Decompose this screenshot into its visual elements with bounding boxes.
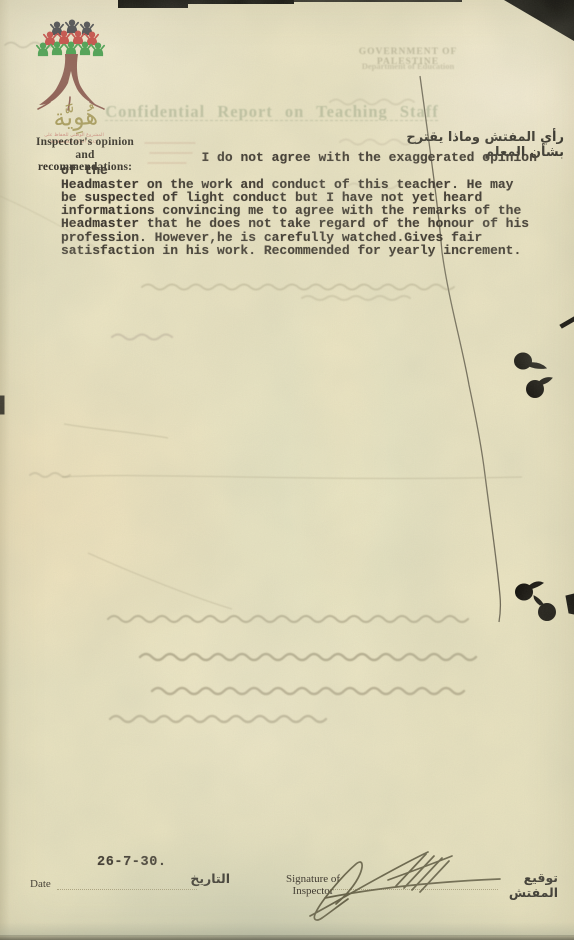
scanned-document-page: GOVERNMENT OF PALESTINE Department of Ed… bbox=[0, 0, 574, 940]
date-label: Date bbox=[30, 878, 51, 890]
scan-artifact-top-strip bbox=[118, 0, 188, 8]
ghost-report-title: Confidential Report on Teaching Staff bbox=[104, 102, 440, 122]
scan-artifact-top-strip bbox=[294, 0, 462, 2]
typewritten-paragraph: I do not agree with the exaggerated opin… bbox=[61, 151, 549, 257]
scan-artifact-top-strip bbox=[188, 0, 294, 4]
typed-date: 26-7-30. bbox=[97, 855, 167, 870]
signature-fill-line bbox=[330, 877, 498, 890]
archive-logo: هُوِيَّة المشروع الوطني للحفاظ على جذور … bbox=[30, 13, 118, 145]
ghost-department-heading: Department of Education bbox=[336, 61, 480, 71]
logo-people-dark-row bbox=[51, 20, 93, 35]
punch-hole-blobs bbox=[0, 317, 574, 621]
ghost-government-heading: GOVERNMENT OF PALESTINE bbox=[330, 47, 486, 67]
date-fill-line bbox=[57, 877, 197, 890]
logo-brand-calligraphy: هُوِيَّة bbox=[53, 102, 99, 136]
date-label-arabic: التاريخ bbox=[196, 871, 230, 886]
bottom-shadow-band bbox=[0, 922, 574, 936]
bottom-page-edge bbox=[0, 935, 574, 940]
signature-label-arabic: توقيع المفتش bbox=[496, 870, 558, 900]
torn-corner-black-wedge bbox=[504, 0, 574, 41]
